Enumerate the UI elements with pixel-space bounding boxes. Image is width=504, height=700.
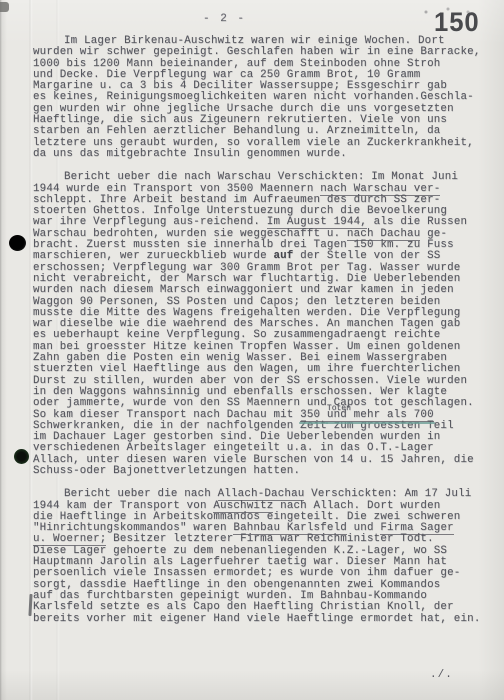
text-segment: war ihre Verpflegung aus-reichend.	[33, 216, 267, 228]
text-segment: es keines, Reinigungsmoeglichkeiten ware…	[33, 91, 474, 103]
text-segment: Schuss-oder Bajonettverletzungen hatten.	[33, 465, 300, 477]
text-segment: 1944 kam der Transport von	[33, 500, 213, 512]
text-segment: persoenlich viele Insassen ermordet; es …	[33, 567, 460, 579]
scanned-document-page: - 2 - 150 Im Lager Birkenau-Auschwitz wa…	[0, 0, 504, 700]
text-segment: So kam dieser Transport nach Dachau mit	[33, 409, 300, 421]
page-number: - 2 -	[203, 13, 246, 25]
hole-punch-top	[9, 235, 26, 251]
text-segment: Besitzer letzterer Firma war Reichminist…	[106, 533, 433, 545]
text-segment: sorgt, dassdie Haeftlinge in den obengen…	[33, 579, 440, 591]
document-body: Im Lager Birkenau-Auschwitz waren wir ei…	[33, 36, 495, 625]
margin-mark	[28, 594, 32, 616]
text-line: da uns das mitgebrachte Insulin genommen…	[33, 149, 495, 160]
text-segment: da uns das mitgebrachte Insulin genommen…	[33, 148, 347, 160]
paragraph: Im Lager Birkenau-Auschwitz waren wir ei…	[33, 36, 495, 160]
text-segment: man bei groesster Hitze keinen Tropfen W…	[33, 341, 460, 353]
text-segment: es ueberhaupt keine Verpflegung. So zusa…	[33, 329, 440, 341]
text-segment: oder jammerte, wurde von den SS Maennern…	[33, 397, 474, 409]
text-segment: auf	[273, 250, 293, 262]
text-segment: Karlsfeld setzte es als Capo den Haeftli…	[33, 601, 454, 613]
scan-corner-mark	[0, 2, 9, 12]
text-segment: Bericht ueber die nach	[64, 488, 218, 500]
text-segment: verschiedenen Arbeitslager eingeteilt u.…	[33, 442, 434, 454]
text-line: Schuss-oder Bajonettverletzungen hatten.	[33, 466, 495, 477]
text-segment: wurden nach diesem Marsch einwaggoniert …	[33, 284, 454, 296]
text-segment: Durst zu stillen, wurden aber von der SS…	[33, 375, 467, 387]
continuation-mark: ./.	[430, 669, 453, 681]
text-segment: marschieren, wer zurueckblieb wurde	[33, 250, 273, 262]
text-segment: ge-	[420, 228, 447, 240]
paragraph: Bericht ueber die nach Warschau Verschic…	[33, 172, 495, 477]
text-segment: Warschau bedrohten, wurden sie weggescha…	[33, 228, 347, 240]
hole-punch-bottom	[14, 449, 29, 464]
text-segment: Diese Lager gehoerte zu dem nebenanliege…	[33, 545, 447, 557]
text-segment: wurden wir schwer gepeinigt. Geschlafen …	[33, 46, 481, 58]
text-segment: Allach, unter diesen waren viele Bursche…	[33, 454, 474, 466]
text-segment: bereits vorher mit eigener Hand viele Ha…	[33, 613, 481, 625]
text-line: bereits vorher mit eigener Hand viele Ha…	[33, 614, 495, 625]
text-segment: nach Allach. Dort wurden	[273, 500, 440, 512]
page-stamp-number: 150	[434, 7, 480, 38]
text-segment: gen wurden wir ohne jegliche Ursache dur…	[33, 103, 454, 115]
text-segment: Bericht ueber die nach Warschau Verschic…	[64, 171, 458, 183]
text-segment: letztere uns geraubt wurden, so vorallem…	[33, 137, 474, 149]
text-segment: stuerzten viel Haeftlinge aus den Wagen,…	[33, 363, 460, 375]
text-segment: starben an Fehlen aerztlicher Behandlung…	[33, 125, 440, 137]
text-segment: und mehr als 700	[327, 410, 434, 422]
paragraph: Bericht ueber die nach Allach-Dachau Ver…	[33, 489, 495, 625]
text-segment: als die Russen	[367, 216, 467, 228]
text-segment: Verschickten: Am 17 Juli	[304, 488, 471, 500]
text-segment: 350	[300, 410, 327, 422]
text-segment: der Stelle von der SS	[294, 250, 441, 262]
text-segment: 1944 wurde ein Transport von 3500 Maenne…	[33, 183, 320, 195]
text-segment: 1000 bis 1200 Mann beieinander, auf dem …	[33, 58, 440, 70]
text-segment: erschossen; Verpflegung war 300 Gramm Br…	[33, 262, 460, 274]
text-segment: Waggon 90 Personen, SS Posten und Capos;…	[33, 296, 440, 308]
